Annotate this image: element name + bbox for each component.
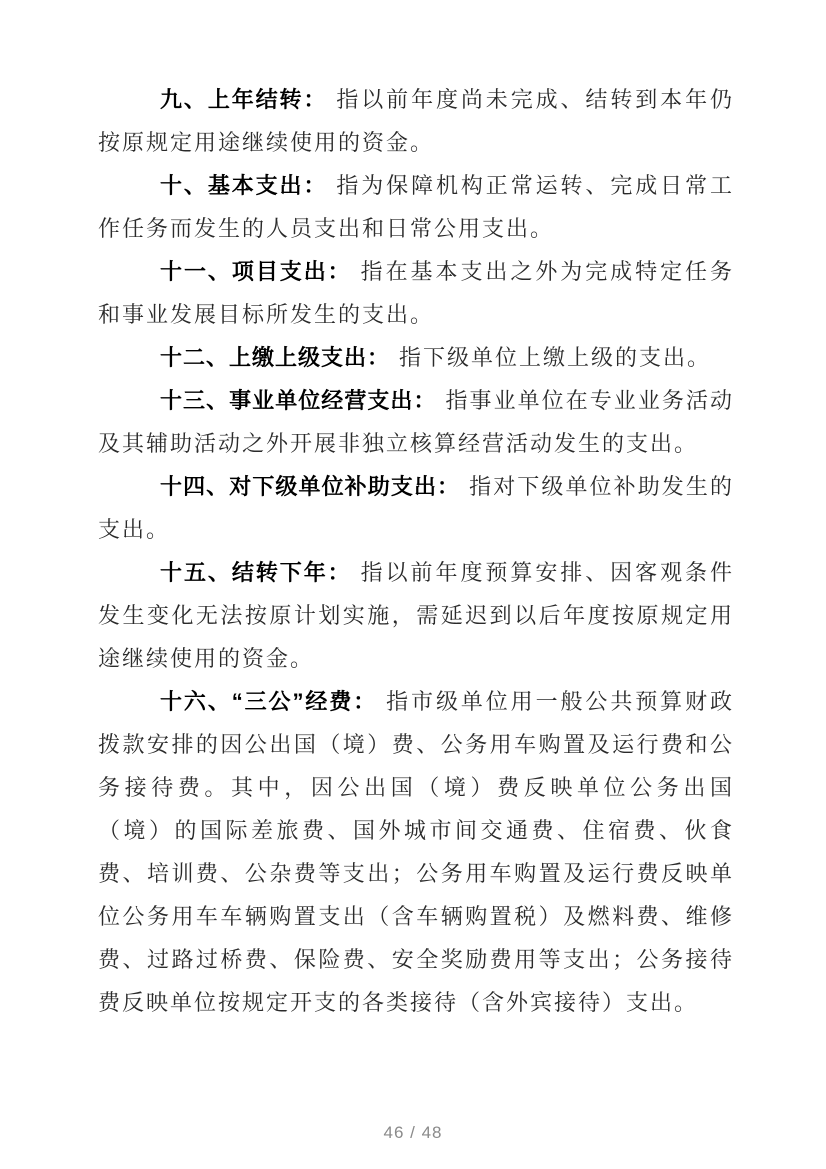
- definition-term: 十四、对下级单位补助支出：: [160, 474, 460, 499]
- definition-text: 指市级单位用一般公共预算财政拨款安排的因公出国（境）费、公务用车购置及运行费和公…: [98, 689, 734, 1015]
- definition-term: 十、基本支出：: [160, 173, 327, 198]
- definition-term: 九、上年结转：: [160, 87, 327, 112]
- definition-term: 十二、上缴上级支出：: [160, 345, 390, 370]
- definition-paragraph: 十六、“三公”经费：指市级单位用一般公共预算财政拨款安排的因公出国（境）费、公务…: [98, 680, 734, 1024]
- definition-paragraph: 十二、上缴上级支出：指下级单位上缴上级的支出。: [98, 336, 734, 379]
- document-page: 九、上年结转：指以前年度尚未完成、结转到本年仍按原规定用途继续使用的资金。 十、…: [0, 0, 826, 1169]
- definition-paragraph: 十三、事业单位经营支出：指事业单位在专业业务活动及其辅助活动之外开展非独立核算经…: [98, 379, 734, 465]
- definition-term: 十三、事业单位经营支出：: [160, 388, 437, 413]
- definition-paragraph: 十四、对下级单位补助支出：指对下级单位补助发生的支出。: [98, 465, 734, 551]
- definition-text: 指下级单位上缴上级的支出。: [399, 345, 711, 370]
- definition-term: 十五、结转下年：: [160, 560, 352, 585]
- definition-term: 十一、项目支出：: [160, 259, 352, 284]
- definition-term: 十六、“三公”经费：: [160, 689, 377, 714]
- page-number-indicator: 46 / 48: [0, 1123, 826, 1143]
- definition-paragraph: 十五、结转下年：指以前年度预算安排、因客观条件发生变化无法按原计划实施，需延迟到…: [98, 551, 734, 680]
- definition-paragraph: 十、基本支出：指为保障机构正常运转、完成日常工作任务而发生的人员支出和日常公用支…: [98, 164, 734, 250]
- definition-paragraph: 九、上年结转：指以前年度尚未完成、结转到本年仍按原规定用途继续使用的资金。: [98, 78, 734, 164]
- document-content: 九、上年结转：指以前年度尚未完成、结转到本年仍按原规定用途继续使用的资金。 十、…: [98, 78, 734, 1024]
- definition-paragraph: 十一、项目支出：指在基本支出之外为完成特定任务和事业发展目标所发生的支出。: [98, 250, 734, 336]
